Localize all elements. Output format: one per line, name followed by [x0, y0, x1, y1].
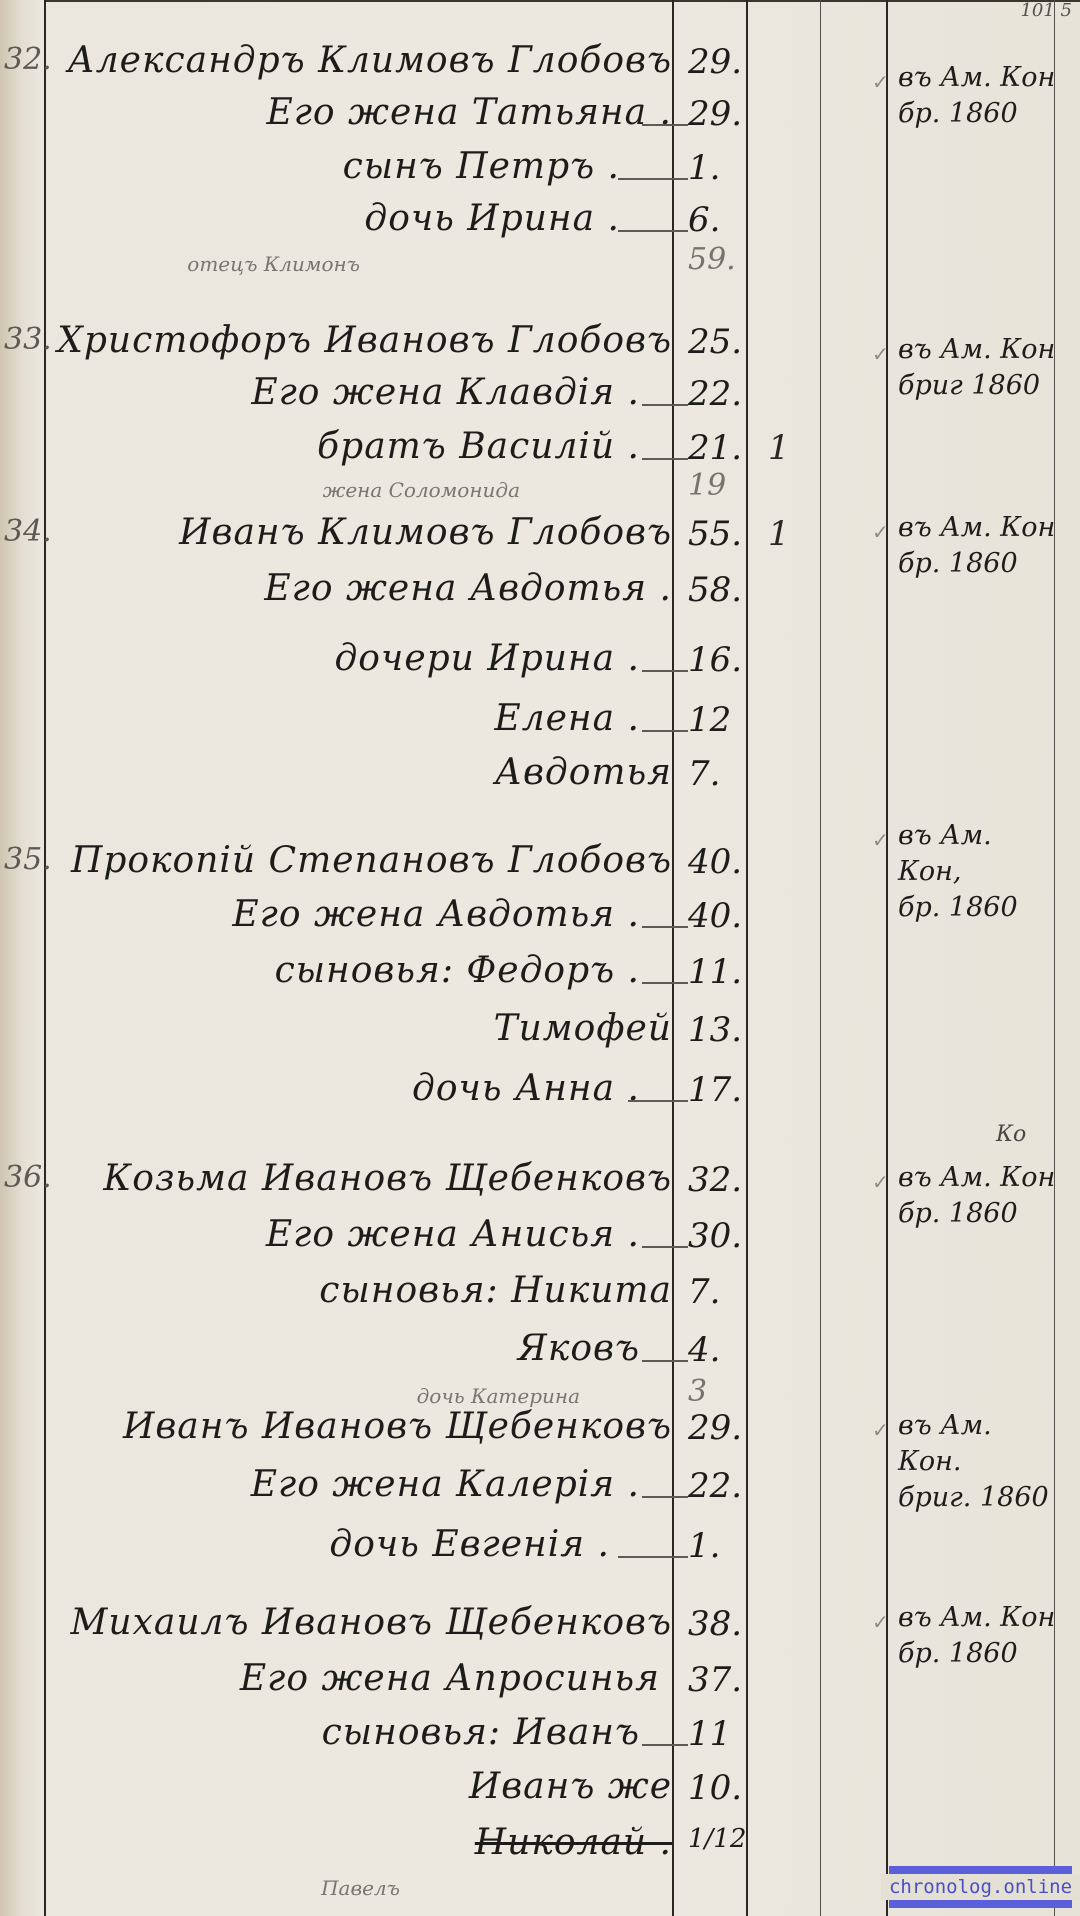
dash-rule [642, 926, 688, 928]
top-rule [44, 0, 1080, 2]
person-age: 22. [688, 374, 744, 414]
dash-rule [642, 1496, 688, 1498]
watermark-badge: chronolog.online [889, 1866, 1072, 1908]
person-name: Его жена Анисья . [266, 1214, 640, 1255]
page-number-main: 101 [1020, 0, 1054, 21]
table-row: Елена . 12 [0, 696, 1080, 748]
person-name: сыновья: Никита [319, 1270, 672, 1311]
note-line: въ Ам. Кон [898, 1600, 1063, 1636]
dash-rule [642, 458, 688, 460]
person-age: 1. [688, 148, 744, 188]
person-name: Его жена Татьяна . [266, 92, 672, 133]
note-cell: ✓ въ Ам. Кон бриг 1860 [898, 332, 1063, 404]
note-superscript: Ко [996, 1122, 1026, 1147]
pencil-annotation: отецъ Климонъ [187, 252, 360, 276]
person-age: 17. [688, 1070, 744, 1110]
note-cell: ✓ въ Ам. Кон бр. 1860 [898, 1160, 1063, 1232]
person-name: Прокопій Степановъ Глобовъ [71, 840, 672, 881]
table-row: дочери Ирина . 16. [0, 636, 1080, 688]
person-name: Тимофей [494, 1008, 672, 1049]
person-age: 22. [688, 1466, 744, 1506]
note-cell: ✓ въ Ам. Кон, бр. 1860 [898, 818, 1063, 926]
entry-number: 34. [4, 514, 46, 549]
person-age: 12 [688, 700, 744, 740]
entry-number: 32. [4, 42, 46, 77]
check-mark-icon: ✓ [872, 64, 889, 100]
dash-rule [618, 230, 688, 232]
person-age: 30. [688, 1216, 744, 1256]
person-name: Елена . [494, 698, 640, 739]
note-line: въ Ам. Кон [898, 1160, 1063, 1196]
note-line: въ Ам. Кон [898, 332, 1063, 368]
person-age: 1. [688, 1526, 744, 1566]
person-age: 11 [688, 1714, 744, 1754]
count-value: 1 [768, 514, 790, 554]
person-name: Его жена Авдотья . [232, 894, 640, 935]
person-age: 55. [688, 514, 744, 554]
entry-number: 36. [4, 1160, 46, 1195]
person-name: дочь Ирина . [364, 198, 620, 239]
person-name: Авдотья [495, 752, 672, 793]
person-name: Его жена Апросинья [240, 1658, 660, 1699]
table-row: сыновья: Иванъ 11 [0, 1710, 1080, 1762]
person-name: Иванъ же [469, 1766, 672, 1807]
check-mark-icon: ✓ [872, 1412, 889, 1448]
person-name: Его жена Клавдія . [251, 372, 640, 413]
dash-rule [618, 1556, 688, 1558]
table-row: дочь Евгенія . 1. [0, 1522, 1080, 1574]
table-row: дочь Анна . 17. [0, 1066, 1080, 1118]
person-age: 21. [688, 428, 744, 468]
dash-rule [618, 178, 688, 180]
person-age: 4. [688, 1330, 744, 1370]
person-name: дочь Евгенія . [329, 1524, 610, 1565]
person-name-crossed-out: Николай . [475, 1822, 672, 1863]
person-age: 40. [688, 896, 744, 936]
person-name: Его жена Калерія . [251, 1464, 640, 1505]
person-age: 13. [688, 1010, 744, 1050]
check-mark-icon: ✓ [872, 514, 889, 550]
note-line: бр. 1860 [898, 1196, 1063, 1232]
dash-rule [642, 670, 688, 672]
note-line: въ Ам. Кон [898, 510, 1063, 546]
person-name: Иванъ Климовъ Глобовъ [179, 512, 672, 553]
dash-rule [642, 982, 688, 984]
person-age: 19 [688, 468, 744, 503]
table-row: сыновья: Федоръ . 11. [0, 948, 1080, 1000]
note-line: бр. 1860 [898, 96, 1063, 132]
person-name: братъ Василій . [317, 426, 640, 467]
note-line: въ Ам. Кон [898, 60, 1063, 96]
note-line: бр. 1860 [898, 1636, 1063, 1672]
table-row: Авдотья 7. [0, 750, 1080, 802]
table-row: жена Соломонида 19 [0, 464, 1080, 516]
page-number-secondary: 5 [1061, 0, 1072, 21]
count-value: 1 [768, 428, 790, 468]
note-line: въ Ам. Кон. [898, 1408, 1063, 1480]
note-cell: ✓ въ Ам. Кон бр. 1860 [898, 1600, 1063, 1672]
dash-rule [628, 1100, 688, 1102]
person-age: 37. [688, 1660, 744, 1700]
dash-rule [642, 730, 688, 732]
person-name: сыновья: Федоръ . [275, 950, 640, 991]
note-line: бр. 1860 [898, 890, 1063, 926]
person-name: Козьма Ивановъ Щебенковъ [103, 1158, 672, 1199]
dash-rule [642, 124, 688, 126]
person-name: Михаилъ Ивановъ Щебенковъ [71, 1602, 672, 1643]
person-age: 7. [688, 1272, 744, 1312]
table-row: отецъ Климонъ 59. [0, 238, 1080, 290]
note-line: въ Ам. Кон, [898, 818, 1063, 890]
person-age: 25. [688, 322, 744, 362]
check-mark-icon: ✓ [872, 822, 889, 858]
person-name: Яковъ [518, 1328, 640, 1369]
person-name: дочери Ирина . [334, 638, 640, 679]
note-cell: ✓ въ Ам. Кон. бриг. 1860 [898, 1408, 1063, 1516]
person-age: 1/12 [688, 1824, 744, 1854]
note-line: бр. 1860 [898, 546, 1063, 582]
entry-number: 33. [4, 322, 46, 357]
person-age: 32. [688, 1160, 744, 1200]
note-line: бриг 1860 [898, 368, 1063, 404]
pencil-annotation: Павелъ [321, 1876, 400, 1900]
note-cell: ✓ въ Ам. Кон бр. 1860 [898, 510, 1063, 582]
person-name: дочь Анна . [412, 1068, 640, 1109]
dash-rule [642, 1246, 688, 1248]
dash-rule [642, 1744, 688, 1746]
check-mark-icon: ✓ [872, 336, 889, 372]
person-age: 7. [688, 754, 744, 794]
person-age: 38. [688, 1604, 744, 1644]
person-name: Христофоръ Ивановъ Глобовъ [57, 320, 672, 361]
ledger-page: 101 5 32. Александръ Климовъ Глобовъ 29.… [0, 0, 1080, 1916]
dash-rule [642, 404, 688, 406]
person-age: 16. [688, 640, 744, 680]
table-row: Тимофей 13. [0, 1006, 1080, 1058]
person-age: 29. [688, 94, 744, 134]
watermark-text: chronolog.online [881, 1874, 1080, 1900]
person-name: Его жена Авдотья . [264, 568, 672, 609]
person-name: сынъ Петръ . [343, 146, 620, 187]
person-age: 6. [688, 200, 744, 240]
person-age: 29. [688, 42, 744, 82]
person-age: 58. [688, 570, 744, 610]
table-row: Иванъ же 10. [0, 1764, 1080, 1816]
person-age: 59. [688, 242, 744, 277]
entry-number: 35. [4, 842, 46, 877]
person-age: 11. [688, 952, 744, 992]
page-number: 101 5 [1020, 0, 1072, 21]
person-name: Александръ Климовъ Глобовъ [67, 40, 672, 81]
person-age: 29. [688, 1408, 744, 1448]
person-age: 40. [688, 842, 744, 882]
table-row: сынъ Петръ . 1. [0, 144, 1080, 196]
note-line: бриг. 1860 [898, 1480, 1063, 1516]
check-mark-icon: ✓ [872, 1604, 889, 1640]
check-mark-icon: ✓ [872, 1164, 889, 1200]
dash-rule [642, 1360, 688, 1362]
note-cell: ✓ въ Ам. Кон бр. 1860 [898, 60, 1063, 132]
person-name: сыновья: Иванъ [322, 1712, 640, 1753]
person-age: 10. [688, 1768, 744, 1808]
table-row: сыновья: Никита 7. [0, 1268, 1080, 1320]
pencil-annotation: жена Соломонида [323, 478, 520, 502]
person-name: Иванъ Ивановъ Щебенковъ [123, 1406, 672, 1447]
